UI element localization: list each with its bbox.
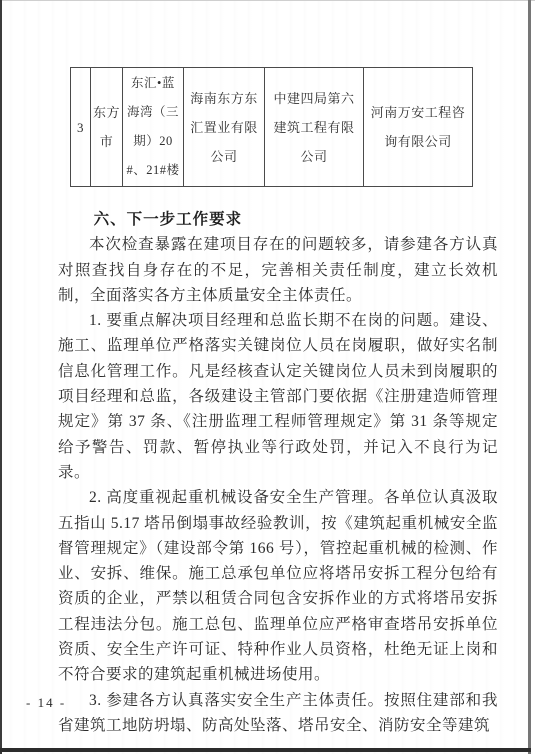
- project-cell: 东汇•蓝海湾（三期）20#、21#楼: [123, 68, 184, 187]
- developer-cell: 海南东方东汇置业有限公司: [184, 68, 265, 187]
- document-content: 3 东方市 东汇•蓝海湾（三期）20#、21#楼 海南东方东汇置业有限公司 中建…: [58, 67, 498, 738]
- scan-edge-right: [528, 0, 531, 754]
- seq-cell: 3: [71, 68, 91, 187]
- section-heading: 六、下一步工作要求: [58, 207, 498, 232]
- consultant-cell: 河南万安工程咨询有限公司: [364, 68, 473, 187]
- scanned-document-page: 3 东方市 东汇•蓝海湾（三期）20#、21#楼 海南东方东汇置业有限公司 中建…: [0, 0, 535, 754]
- scan-edge-bottom: [0, 748, 531, 752]
- page-number: - 14 -: [26, 695, 66, 711]
- scan-edge-left: [0, 0, 2, 754]
- city-cell: 东方市: [91, 68, 123, 187]
- projects-table: 3 东方市 东汇•蓝海湾（三期）20#、21#楼 海南东方东汇置业有限公司 中建…: [70, 67, 473, 187]
- paragraph-item-3-safety: 3. 参建各方认真落实安全生产主体责任。按照住建部和我省建筑工地防坍塌、防高处坠…: [58, 688, 498, 739]
- scan-edge-top: [0, 0, 535, 1]
- paragraph-item-1-staffing: 1. 要重点解决项目经理和总监长期不在岗的问题。建设、施工、监理单位严格落实关键…: [58, 308, 498, 485]
- paragraph-item-2-cranes: 2. 高度重视起重机械设备安全生产管理。各单位认真汲取五指山 5.17 塔吊倒塌…: [58, 485, 498, 687]
- paragraph-overview: 本次检查暴露在建项目存在的问题较多，请参建各方认真对照查找自身存在的不足，完善相…: [58, 232, 498, 308]
- table-row: 3 东方市 东汇•蓝海湾（三期）20#、21#楼 海南东方东汇置业有限公司 中建…: [71, 68, 473, 187]
- contractor-cell: 中建四局第六建筑工程有限公司: [265, 68, 364, 187]
